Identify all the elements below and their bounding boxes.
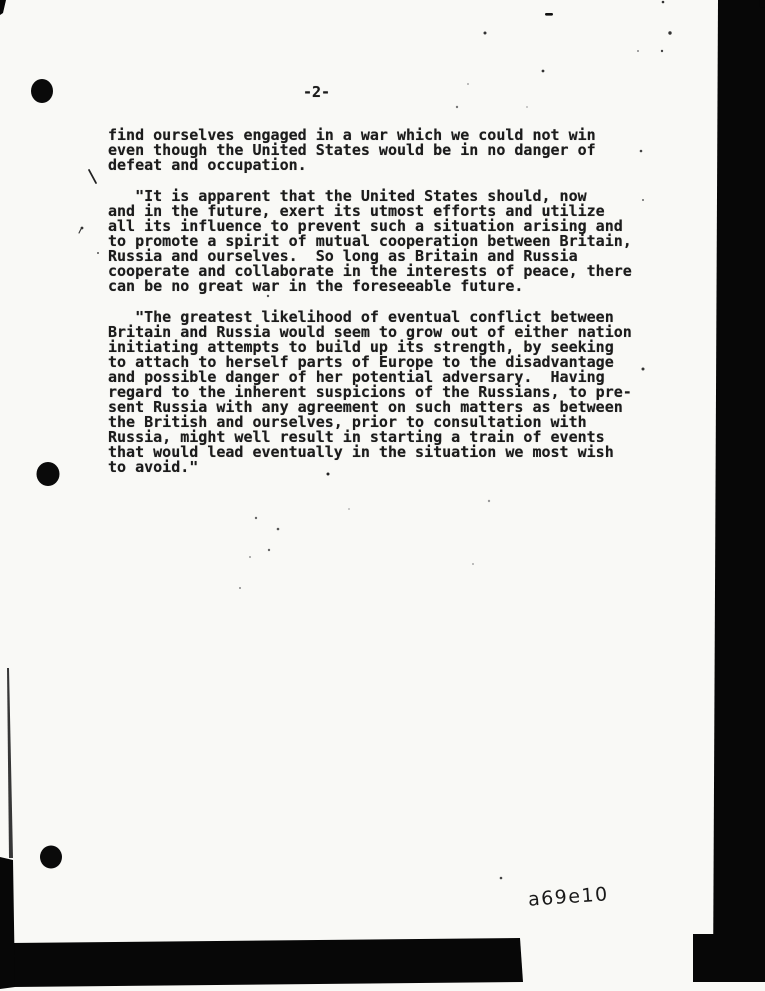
- scan-border-left-hairline: [7, 668, 13, 858]
- stray-mark-left-margin: [97, 252, 99, 254]
- scan-border-right-blob: [693, 934, 765, 982]
- page-number: -2-: [303, 85, 330, 100]
- paragraph-war-we-could-not-win: find ourselves engaged in a war which we…: [108, 128, 648, 173]
- punch-hole-bottom: [40, 846, 62, 869]
- scan-corner-top-left: [0, 0, 6, 15]
- punch-hole-middle: [37, 462, 60, 486]
- paragraph-us-utmost-efforts: "It is apparent that the United States s…: [108, 189, 648, 294]
- stray-comma-mark: [81, 227, 84, 230]
- stray-slash-mark: [89, 170, 96, 183]
- scan-corner-top-right: [759, 0, 765, 8]
- punch-hole-top: [31, 79, 53, 103]
- handwritten-annotation: a69e10: [527, 883, 609, 911]
- stray-dash-mark: [545, 13, 553, 16]
- scan-border-right: [713, 0, 765, 982]
- stray-comma-tail: [79, 229, 81, 233]
- scan-border-left: [0, 857, 15, 989]
- document-body: find ourselves engaged in a war which we…: [108, 128, 648, 491]
- scan-border-bottom: [10, 938, 523, 987]
- scanned-document-page: -2- find ourselves engaged in a war whic…: [0, 0, 765, 991]
- paragraph-greatest-likelihood: "The greatest likelihood of eventual con…: [108, 310, 648, 475]
